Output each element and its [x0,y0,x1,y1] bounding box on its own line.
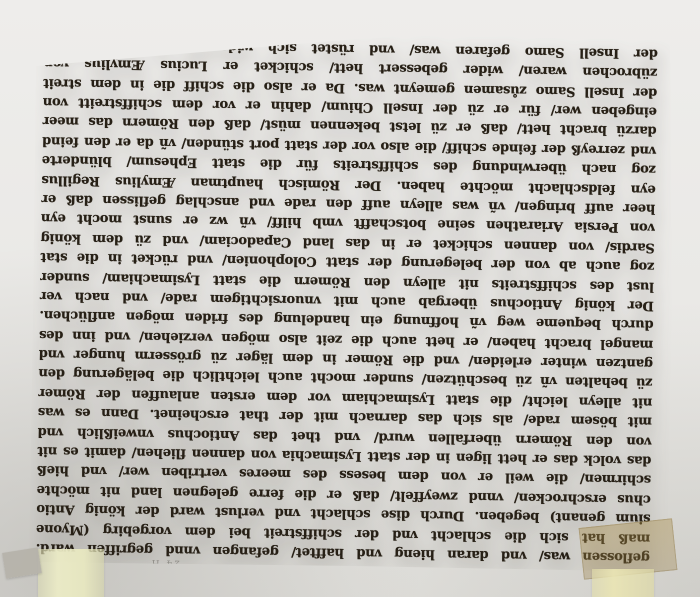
manuscript-leaf: geflossen was/ vnd daran hieng vnd hafft… [24,10,672,576]
ink-dash-mark [307,569,314,571]
tape-strip-bottom-left [38,549,104,597]
photo-background: geflossen was/ vnd daran hieng vnd hafft… [0,0,700,597]
pencil-inscription: 24 H [120,552,180,568]
tape-tab-left-corner [2,547,42,578]
printed-text-block: geflossen was/ vnd daran hieng vnd hafft… [36,15,658,567]
tape-strip-bottom-right [592,569,654,597]
